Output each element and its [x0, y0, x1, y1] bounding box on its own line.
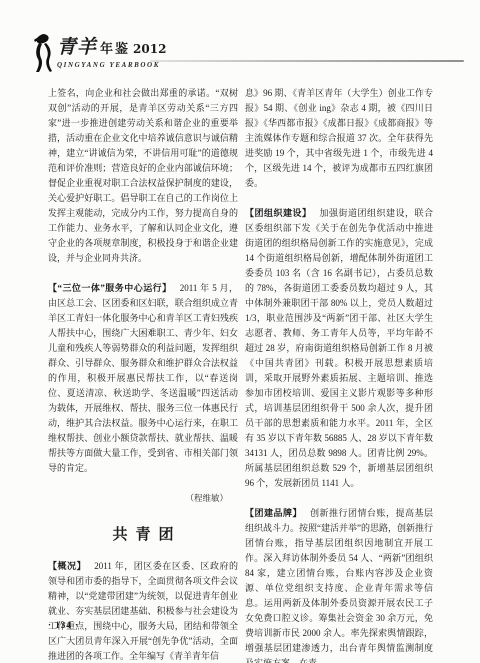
header-rule [150, 60, 464, 62]
entry-service-center-body: 2011 年 5 月，由区总工会、区团委和区妇联，联合组织成立青羊区工青妇一体化… [48, 283, 238, 473]
entry-overview-title: 【概况】 [48, 561, 86, 571]
entry-league-org-building: 【团组织建设】加强街道团组织建设，联合区委组织部下发《关于在创先争优活动中推进街… [245, 206, 433, 491]
author-byline: （程维敏） [48, 491, 238, 506]
entry-overview-body: 2011 年，团区委在区委、区政府的领导和团市委的指导下，全面贯彻各项文件会议精… [48, 561, 238, 661]
entry-league-org-building-title: 【团组织建设】 [245, 208, 311, 218]
continued-paragraph: 上签名，向企业和社会做出郑重的承诺。“双树双创”活动的开展，是青羊区劳动关系“三… [48, 86, 238, 266]
entry-league-brand-body: 创新推行团情台账，提高基层组织战斗力。按照“建活并举”的思路，创新推行团情台账，… [245, 508, 433, 663]
text-body: 上签名，向企业和社会做出郑重的承诺。“双树双创”活动的开展，是青羊区劳动关系“三… [48, 86, 433, 606]
qingyang-brush-logo-icon [32, 32, 54, 74]
continued-paragraph-right: 息》96 期、《青羊区青年（大学生）创业工作专报》54 期、《创业 ing》杂志… [245, 86, 433, 191]
logo-subtitle: QINGYANG YEARBOOK [57, 61, 166, 69]
entry-overview: 【概况】2011 年，团区委在区委、区政府的领导和团市委的指导下，全面贯彻各项文… [48, 559, 238, 663]
logo-year: 2012 [133, 42, 166, 56]
yearbook-page: 青羊 年鉴 2012 QINGYANG YEARBOOK 上签名，向企业和社会做… [0, 0, 480, 663]
left-column: 上签名，向企业和社会做出郑重的承诺。“双树双创”活动的开展，是青羊区劳动关系“三… [48, 86, 238, 606]
logo: 青羊 年鉴 2012 QINGYANG YEARBOOK [32, 32, 166, 74]
page-number: · 134 · [48, 620, 79, 630]
logo-text: 青羊 年鉴 2012 QINGYANG YEARBOOK [57, 32, 166, 69]
masthead: 青羊 年鉴 2012 QINGYANG YEARBOOK [32, 30, 448, 80]
entry-league-org-building-body: 加强街道团组织建设，联合区委组织部下发《关于在创先争优活动中推进街道团的组织格局… [245, 208, 433, 488]
logo-title: 青羊 年鉴 2012 [57, 32, 166, 59]
right-column: 息》96 期、《青羊区青年（大学生）创业工作专报》54 期、《创业 ing》杂志… [245, 86, 433, 606]
entry-service-center-title: 【“三位一体”服务中心运行】 [48, 283, 172, 293]
entry-league-brand: 【团建品牌】创新推行团情台账，提高基层组织战斗力。按照“建活并举”的思路，创新推… [245, 506, 433, 663]
entry-league-brand-title: 【团建品牌】 [245, 508, 302, 518]
logo-title-bold: 年鉴 [100, 38, 130, 57]
section-heading-communist-youth-league: 共青团 [48, 528, 238, 543]
entry-service-center: 【“三位一体”服务中心运行】2011 年 5 月，由区总工会、区团委和区妇联，联… [48, 281, 238, 476]
logo-title-brush: 青羊 [57, 32, 97, 59]
